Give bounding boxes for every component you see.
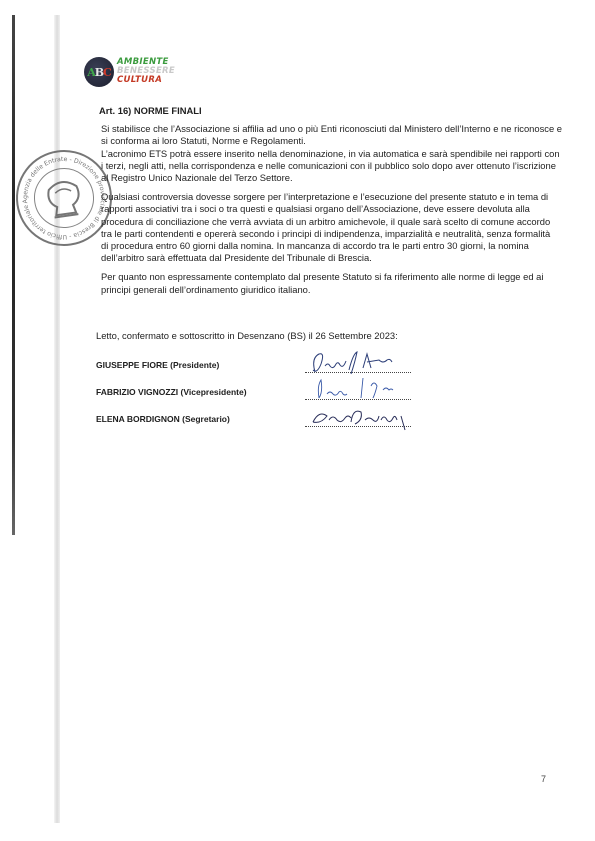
paragraph-line: L’acronimo ETS potrà essere inserito nel… <box>101 148 571 160</box>
page-number: 7 <box>541 774 546 784</box>
paragraph-line: di procedura entro 60 giorni dalla nomin… <box>101 240 571 252</box>
signer-vice-president: FABRIZIO VIGNOZZI (Vicepresidente) <box>96 387 247 414</box>
logo-emblem: ABC <box>84 57 114 87</box>
scan-binding-edge <box>12 15 15 535</box>
article-paragraph: Per quanto non espressamente contemplato… <box>101 271 571 295</box>
signer-president: GIUSEPPE FIORE (Presidente) <box>96 360 247 387</box>
paragraph-line: principi generali dell’ordinamento giuri… <box>101 284 571 296</box>
logo-wordmark: AMBIENTE BENESSERE CULTURA <box>117 58 175 85</box>
article-paragraph: Si stabilisce che l’Associazione si affi… <box>101 123 571 184</box>
signature-block <box>305 350 415 440</box>
article-heading: Art. 16) NORME FINALI <box>99 105 571 117</box>
article-paragraphs: Si stabilisce che l’Associazione si affi… <box>101 123 571 296</box>
signer-role: (Presidente) <box>170 360 219 370</box>
paragraph-line: Si stabilisce che l’Associazione si affi… <box>101 123 571 135</box>
signers-list: GIUSEPPE FIORE (Presidente) FABRIZIO VIG… <box>96 360 247 441</box>
paragraph-line: procedura di conciliazione che verrà avv… <box>101 216 571 228</box>
paragraph-line: Per quanto non espressamente contemplato… <box>101 271 571 283</box>
paragraph-line: Qualsiasi controversia dovesse sorgere p… <box>101 191 571 203</box>
scan-fold-shadow <box>54 15 60 823</box>
paragraph-line: tra le parti contendenti e opererà secon… <box>101 228 571 240</box>
handwritten-signatures <box>305 350 415 440</box>
paragraph-line: rapporti associativi tra i soci o tra qu… <box>101 203 571 215</box>
signer-name: ELENA BORDIGNON <box>96 414 180 424</box>
paragraph-line: dell’arbitro sarà effettuata dal Preside… <box>101 252 571 264</box>
paragraph-line: al Registro Unico Nazionale del Terzo Se… <box>101 172 571 184</box>
association-logo: ABC AMBIENTE BENESSERE CULTURA <box>84 57 214 91</box>
closing-statement: Letto, confermato e sottoscritto in Dese… <box>96 330 398 341</box>
paragraph-line: si conforma ai loro Statuti, Norme e Reg… <box>101 135 571 147</box>
signer-secretary: ELENA BORDIGNON (Segretario) <box>96 414 247 441</box>
signer-name: FABRIZIO VIGNOZZI <box>96 387 178 397</box>
paragraph-line: i terzi, negli atti, nella corrispondenz… <box>101 160 571 172</box>
emblem-icon <box>28 162 100 234</box>
signer-name: GIUSEPPE FIORE <box>96 360 168 370</box>
logo-initial-b: B <box>95 66 103 79</box>
article-body: Art. 16) NORME FINALI Si stabilisce che … <box>101 105 571 303</box>
article-paragraph: Qualsiasi controversia dovesse sorgere p… <box>101 191 571 264</box>
signer-role: (Segretario) <box>182 414 230 424</box>
logo-initial-c: C <box>103 66 111 79</box>
logo-initial-a: A <box>87 66 95 79</box>
logo-line-cultura: CULTURA <box>117 76 175 85</box>
signer-role: (Vicepresidente) <box>181 387 247 397</box>
